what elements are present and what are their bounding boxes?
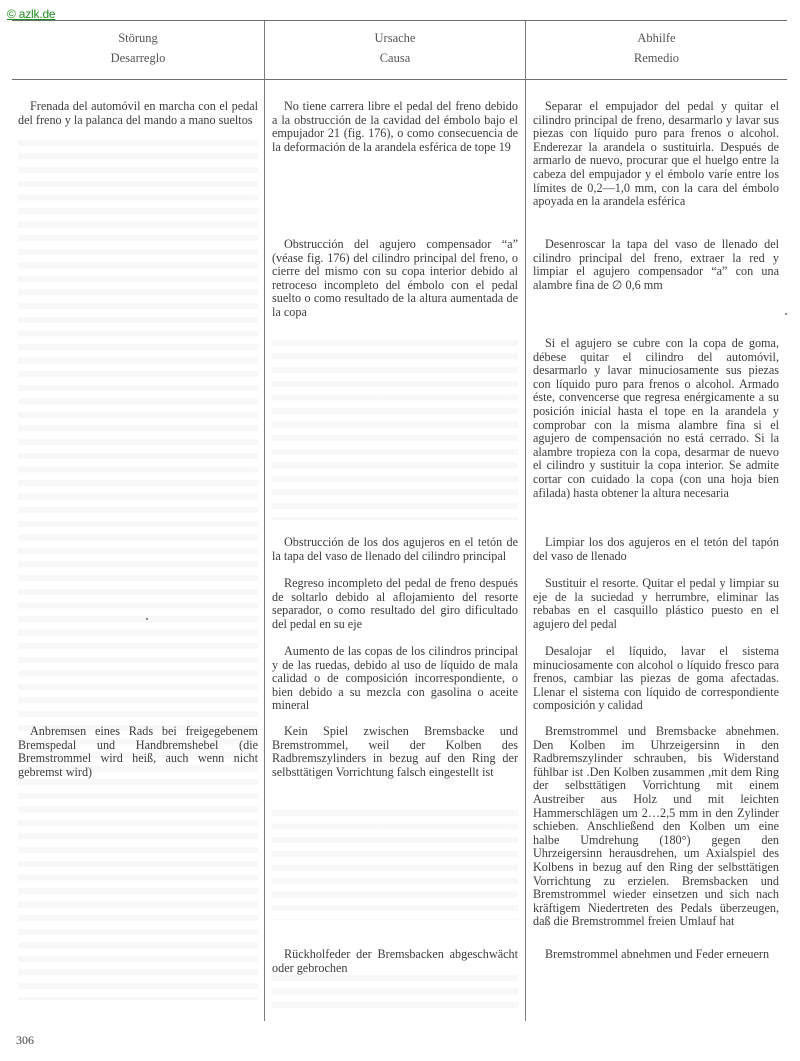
header-cause: Ursache Causa <box>265 28 525 74</box>
fault-cell-wheel-dragging: Anbremsen eines Rads bei freigegebenem B… <box>18 725 258 779</box>
remedy-cell-adjust-piston: Bremstrommel und Bremsbacke abnehmen. De… <box>533 725 779 929</box>
remedy-cell-flush-system: Desalojar el líquido, lavar el sistema m… <box>533 645 779 713</box>
cause-cell-no-free-travel: No tiene carrera libre el pedal del fren… <box>272 100 518 154</box>
header-cause-es: Causa <box>265 48 525 68</box>
cause-cell-compensator-hole: Obstrucción del agujero compensador “a” … <box>272 238 518 320</box>
header-cause-de: Ursache <box>265 28 525 48</box>
bleed-through-mid <box>272 340 518 520</box>
remedy-cell-renew-spring: Bremstrommel abnehmen und Feder erneuern <box>533 948 779 962</box>
cause-cell-cap-holes: Obstrucción de los dos agujeros en el te… <box>272 536 518 563</box>
remedy-cell-separate-pushrod: Separar el empujador del pedal y quitar … <box>533 100 779 209</box>
remedy-cell-unscrew-cap: Desenroscar la tapa del vaso de llenado … <box>533 238 779 292</box>
column-divider-2 <box>525 21 526 1021</box>
bleed-through-mid-3 <box>272 975 518 1015</box>
remedy-cell-clean-holes: Limpiar los dos agujeros en el tetón del… <box>533 536 779 563</box>
scan-speck <box>785 313 787 315</box>
header-bottom-rule <box>12 79 787 80</box>
scan-speck <box>146 618 148 620</box>
header-remedy: Abhilfe Remedio <box>526 28 787 74</box>
remedy-cell-rubber-cup: Si el agujero se cubre con la copa de go… <box>533 337 779 500</box>
header-remedy-es: Remedio <box>526 48 787 68</box>
header-fault: Störung Desarreglo <box>12 28 264 74</box>
header-remedy-de: Abhilfe <box>526 28 787 48</box>
watermark-link[interactable]: © azlk.de <box>7 7 55 21</box>
page-number: 306 <box>16 1033 34 1048</box>
table-top-rule <box>12 20 787 21</box>
column-divider-1 <box>264 21 265 1021</box>
header-fault-de: Störung <box>12 28 264 48</box>
cause-cell-swollen-cups: Aumento de las copas de los cilindros pr… <box>272 645 518 713</box>
cause-cell-no-clearance: Kein Spiel zwischen Bremsbacke und Brems… <box>272 725 518 779</box>
header-fault-es: Desarreglo <box>12 48 264 68</box>
bleed-through-left <box>18 140 258 1000</box>
cause-cell-pedal-return: Regreso incompleto del pedal de freno de… <box>272 577 518 631</box>
bleed-through-mid-2 <box>272 810 518 920</box>
remedy-cell-replace-spring: Sustituir el resorte. Quitar el pedal y … <box>533 577 779 631</box>
cause-cell-return-spring: Rückholfeder der Bremsbacken abgeschwäch… <box>272 948 518 975</box>
fault-cell-braking-released: Frenada del automóvil en marcha con el p… <box>18 100 258 127</box>
